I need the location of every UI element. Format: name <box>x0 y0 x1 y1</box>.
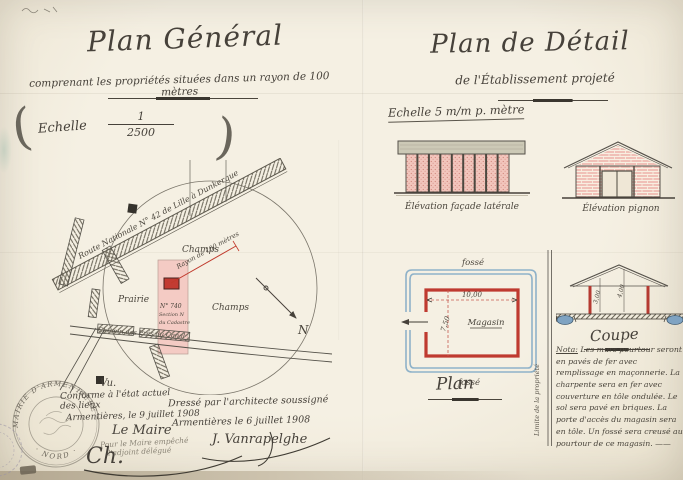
nota-text: Les murs pourtour seront en pavés de fer… <box>556 345 683 448</box>
row-housing-2 <box>88 289 100 318</box>
scanned-plan-document: Plan Général comprenant les propriétés s… <box>0 0 683 480</box>
plan-caption: Plan <box>436 373 475 394</box>
parcel-line3: du Cadastre <box>159 320 190 326</box>
approval-line2: des lieux <box>60 400 101 411</box>
site-plan-drawing: Route Nationale N° 42 de Lille à Dunkerq… <box>40 158 340 395</box>
ditch-left <box>557 316 573 325</box>
scale-fraction: 1 2500 <box>108 110 174 139</box>
depth-dim: 7,50 <box>439 315 452 333</box>
architect-signature-flourish <box>196 430 336 470</box>
parcel-line2: Section N <box>159 312 185 318</box>
stain <box>0 126 12 174</box>
title-underline <box>108 97 258 100</box>
plan-caption-underline <box>428 398 502 401</box>
building-footprint <box>127 203 137 213</box>
chemin-edge-2 <box>70 334 332 362</box>
elevation-lateral-caption: Élévation façade latérale <box>392 202 532 212</box>
approval-vu: Vu. <box>100 378 116 389</box>
ditch-right <box>667 316 683 325</box>
partial-corner-stamp <box>0 420 44 480</box>
field-label-right: Champs <box>212 303 249 313</box>
room-label: Magasin <box>467 318 505 328</box>
width-dim: 10,00 <box>462 291 483 299</box>
roof-line <box>570 265 668 286</box>
roof-band <box>398 141 525 154</box>
approval-le-maire: Le Maire <box>112 423 172 438</box>
meadow-label: Prairie <box>117 295 149 305</box>
detail-scale: Echelle 5 m/m p. mètre <box>388 102 525 123</box>
flourish-paren-left: ( <box>8 97 35 157</box>
right-page-subtitle: de l'Établissement projeté <box>420 70 650 88</box>
parcel-number: N° 740 <box>159 303 182 310</box>
nota-block: Nota: Les murs pourtour seront en pavés … <box>556 344 683 449</box>
north-arrow <box>256 278 296 318</box>
wall-height-dim: 3,00 <box>592 290 602 305</box>
scale-denominator: 2500 <box>108 125 174 139</box>
scale-label: Echelle <box>38 118 88 136</box>
boundary-label: Limite de la propriété <box>533 330 547 470</box>
section-caption: Coupe <box>590 325 640 346</box>
elevation-gable-caption: Élévation pignon <box>566 204 676 214</box>
lateral-wall <box>406 154 509 192</box>
attestation-line2: Armentières le 6 juillet 1908 <box>172 414 310 429</box>
pencil-scribbles <box>20 3 60 17</box>
north-label: N <box>297 323 309 337</box>
center-fold <box>362 0 364 480</box>
ditch-label-top: fossé <box>461 257 484 268</box>
scale-numerator: 1 <box>108 110 174 125</box>
right-page-title: Plan de Détail <box>415 26 645 60</box>
elevation-gable-drawing <box>562 135 675 205</box>
left-page-title: Plan Général <box>55 17 316 59</box>
field-label-top: Champs <box>182 245 219 255</box>
plan-drawing: fossé 10,00 7,50 Magasin fossé <box>396 254 548 392</box>
attestation-line1: Dressé par l'architecte soussigné <box>168 394 348 410</box>
radius-tick <box>233 241 239 251</box>
elevation-lateral-drawing <box>394 132 530 204</box>
nota-label: Nota: <box>556 345 578 354</box>
